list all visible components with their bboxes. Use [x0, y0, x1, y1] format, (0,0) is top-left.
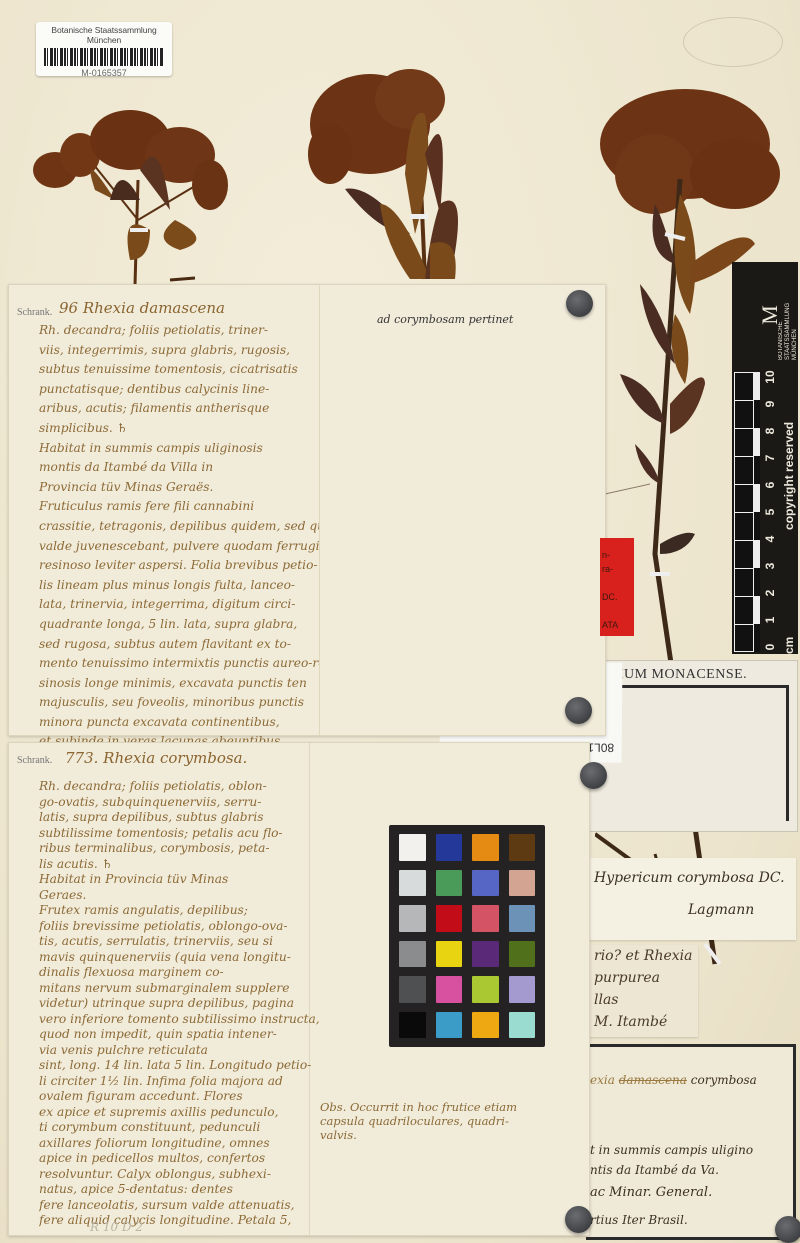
color-swatch: [399, 870, 426, 897]
manuscript-sheet-top: Schrank. 96 Rhexia damascena ad corymbos…: [8, 284, 606, 736]
color-swatch: [436, 834, 463, 861]
scale-bar: BOTANISCHE STAATSSAMMLUNG MÜNCHEN M 0 1 …: [732, 262, 798, 654]
barcode-label: Botanische Staatssammlung München M-0165…: [36, 22, 172, 76]
magnet-icon: [565, 1206, 592, 1233]
color-swatch: [472, 905, 499, 932]
color-swatch: [399, 976, 426, 1003]
color-swatch: [509, 905, 536, 932]
manuscript-title: 773. Rhexia corymbosa.: [65, 749, 247, 767]
herbarium-header: RIUM MONACENSE.: [609, 667, 747, 683]
color-swatch: [399, 905, 426, 932]
manuscript-title: 96 Rhexia damascena: [59, 299, 225, 317]
observation-note: Obs. Occurrit in hoc frutice etiam capsu…: [320, 1100, 517, 1142]
color-swatch: [509, 941, 536, 968]
label-frame: [599, 685, 789, 821]
scale-ticks-alt: [754, 372, 760, 652]
color-swatch: [436, 870, 463, 897]
color-swatch: [509, 870, 536, 897]
old-label: rio? et Rhexia purpurea llas M. Itambé: [588, 945, 698, 1037]
magnet-icon: [775, 1216, 800, 1243]
manuscript-text: Rh. decandra; foliis petiolatis, triner-…: [39, 321, 319, 752]
color-swatch: [436, 941, 463, 968]
herbarium-sheet: Botanische Staatssammlung München M-0165…: [0, 0, 800, 1243]
color-swatch: [436, 976, 463, 1003]
color-swatch: [509, 1012, 536, 1039]
color-swatch: [472, 870, 499, 897]
color-swatch: [509, 976, 536, 1003]
accession-number: M-0165357: [36, 68, 172, 78]
scale-ticks: [734, 372, 754, 652]
barcode-icon: [44, 48, 164, 66]
collector-label: exia damascena corymbosa t in summis cam…: [586, 1044, 796, 1240]
color-swatch: [399, 1012, 426, 1039]
magnet-icon: [565, 697, 592, 724]
scale-numbers: 0 1 2 3 4 5 6 7 8 9 10: [762, 370, 778, 654]
pencil-annotation: R 10 D 2: [90, 1220, 143, 1234]
bsm-logo-icon: M: [757, 305, 783, 325]
color-swatch: [399, 834, 426, 861]
side-note: ad corymbosam pertinet: [377, 313, 513, 326]
embossed-stamp: [683, 17, 783, 67]
color-swatch: [509, 834, 536, 861]
color-swatch: [472, 1012, 499, 1039]
color-swatch: [472, 941, 499, 968]
institution-name: Botanische Staatssammlung München: [36, 25, 172, 45]
color-swatch: [472, 834, 499, 861]
color-checker: [389, 825, 545, 1047]
red-tag: n- ra- DC. ATA: [600, 538, 634, 636]
color-swatch: [436, 905, 463, 932]
color-swatch: [472, 976, 499, 1003]
color-swatch: [436, 1012, 463, 1039]
determination-label: Hypericum corymbosa DC. Lagmann: [588, 858, 796, 940]
color-swatch: [399, 941, 426, 968]
manuscript-text: Rh. decandra; foliis petiolatis, oblon- …: [39, 779, 319, 1229]
scale-copyright: cm copyright reserved: [782, 374, 798, 654]
taxon-name: exia damascena corymbosa: [590, 1073, 757, 1087]
magnet-icon: [580, 762, 607, 789]
plant-specimen-left: [20, 100, 235, 290]
plant-specimen-middle: [300, 64, 470, 284]
magnet-icon: [566, 290, 593, 317]
